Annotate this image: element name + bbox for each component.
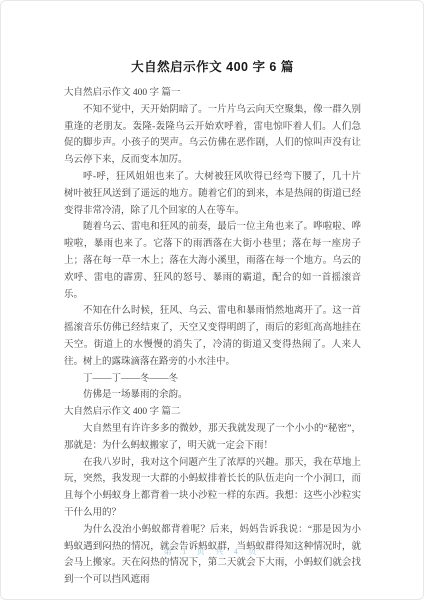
section-heading-1: 大自然启示作文 400 字 篇一 [64,85,361,102]
paragraph: 在我八岁时，我对这个问题产生了浓厚的兴趣。那天，我在草地上玩，突然，我发现一大群… [64,455,361,522]
paragraph: 仿佛是一场暴雨的余韵。 [64,387,361,404]
page-number-indicator: 第 1 页 共 4 页 [1,545,423,557]
paragraph: 随着乌云、雷电和狂风的前奏，最后一位主角也来了。哗啦啦、哗啦啦，暴雨也来了。它落… [64,219,361,303]
section-heading-2: 大自然启示作文 400 字 篇二 [64,404,361,421]
document-title: 大自然启示作文 400 字 6 篇 [64,57,361,77]
paragraph: 大自然里有许许多多的微妙，那天我就发现了一个小小的“秘密”，那就是：为什么蚂蚁搬… [64,421,361,455]
paragraph: 不知在什么时候，狂风、乌云、雷电和暴雨悄然地离开了。这一首摇滚音乐仿佛已经结束了… [64,303,361,370]
paragraph: 不知不觉中，天开始阴暗了。一片片乌云向天空聚集，像一群久别重逢的老朋友。轰隆-轰… [64,102,361,169]
document-page: 大自然启示作文 400 字 6 篇 大自然启示作文 400 字 篇一 不知不觉中… [0,0,424,600]
onomatopoeia-line: 丁——丁——冬——冬 [64,371,361,388]
paragraph: 呼-呼，狂风姐姐也来了。大树被狂风吹得已经弯下腰了，几十片树叶被狂风送到了遥远的… [64,169,361,219]
